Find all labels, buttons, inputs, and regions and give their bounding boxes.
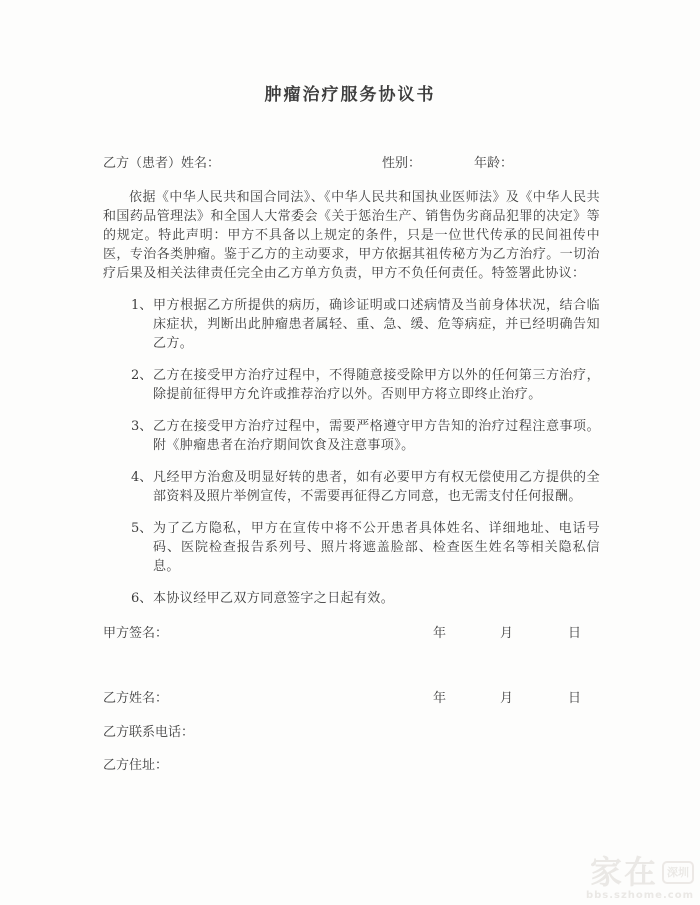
clause-number: 1、 <box>131 296 153 353</box>
watermark-brand-text: 家在 <box>590 856 658 888</box>
watermark-city-badge: 深圳 <box>662 861 694 884</box>
clause-text: 为了乙方隐私，甲方在宣传中将不公开患者具体姓名、详细地址、电话号码、医院检查报告… <box>153 519 600 576</box>
clause-number: 6、 <box>131 589 153 608</box>
year-label: 年 <box>433 689 446 708</box>
month-label: 月 <box>500 624 513 643</box>
gender-label: 性别： <box>382 154 421 173</box>
clause-text: 本协议经甲乙双方同意签字之日起有效。 <box>153 589 600 608</box>
year-label: 年 <box>433 624 446 643</box>
party-a-signature-row: 甲方签名： 年 月 日 <box>103 624 600 642</box>
party-b-address-label: 乙方住址： <box>103 756 600 774</box>
day-label: 日 <box>568 624 581 643</box>
clause-item-2: 2、 乙方在接受甲方治疗过程中，不得随意接受除甲方以外的任何第三方治疗，除提前征… <box>131 366 600 404</box>
watermark-url-text: bbs.szhome.com <box>586 890 694 901</box>
clause-number: 2、 <box>131 366 153 404</box>
clause-item-5: 5、 为了乙方隐私，甲方在宣传中将不公开患者具体姓名、详细地址、电话号码、医院检… <box>131 519 600 576</box>
clause-item-1: 1、 甲方根据乙方所提供的病历，确诊证明或口述病情及当前身体状况，结合临床症状，… <box>131 296 600 353</box>
clause-number: 3、 <box>131 417 153 455</box>
patient-info-row: 乙方（患者）姓名： 性别： 年龄： <box>103 154 600 172</box>
party-b-signature-row: 乙方姓名： 年 月 日 <box>103 689 600 707</box>
clause-list: 1、 甲方根据乙方所提供的病历，确诊证明或口述病情及当前身体状况，结合临床症状，… <box>103 296 600 608</box>
document-page: 肿瘤治疗服务协议书 乙方（患者）姓名： 性别： 年龄： 依据《中华人民共和国合同… <box>0 0 700 905</box>
preamble-paragraph: 依据《中华人民共和国合同法》、《中华人民共和国执业医师法》及《中华人民共和国药品… <box>103 188 600 283</box>
document-body: 乙方（患者）姓名： 性别： 年龄： 依据《中华人民共和国合同法》、《中华人民共和… <box>103 154 600 774</box>
watermark-logo: 家在 深圳 <box>586 856 694 888</box>
clause-item-6: 6、 本协议经甲乙双方同意签字之日起有效。 <box>131 589 600 608</box>
clause-item-4: 4、 凡经甲方治愈及明显好转的患者，如有必要甲方有权无偿使用乙方提供的全部资料及… <box>131 468 600 506</box>
party-b-name-signature-label: 乙方姓名： <box>103 691 168 706</box>
age-label: 年龄： <box>474 154 513 173</box>
party-b-name-label: 乙方（患者）姓名： <box>103 156 220 171</box>
party-b-phone-label: 乙方联系电话： <box>103 723 600 741</box>
party-a-signature-label: 甲方签名： <box>103 626 168 641</box>
month-label: 月 <box>500 689 513 708</box>
clause-text: 甲方根据乙方所提供的病历，确诊证明或口述病情及当前身体状况，结合临床症状，判断出… <box>153 296 600 353</box>
document-title: 肿瘤治疗服务协议书 <box>0 0 700 104</box>
watermark: 家在 深圳 bbs.szhome.com <box>586 856 694 901</box>
clause-text: 凡经甲方治愈及明显好转的患者，如有必要甲方有权无偿使用乙方提供的全部资料及照片举… <box>153 468 600 506</box>
clause-text: 乙方在接受甲方治疗过程中，需要严格遵守甲方告知的治疗过程注意事项。附《肿瘤患者在… <box>153 417 600 455</box>
clause-number: 5、 <box>131 519 153 576</box>
clause-text: 乙方在接受甲方治疗过程中，不得随意接受除甲方以外的任何第三方治疗，除提前征得甲方… <box>153 366 600 404</box>
day-label: 日 <box>568 689 581 708</box>
clause-number: 4、 <box>131 468 153 506</box>
clause-item-3: 3、 乙方在接受甲方治疗过程中，需要严格遵守甲方告知的治疗过程注意事项。附《肿瘤… <box>131 417 600 455</box>
